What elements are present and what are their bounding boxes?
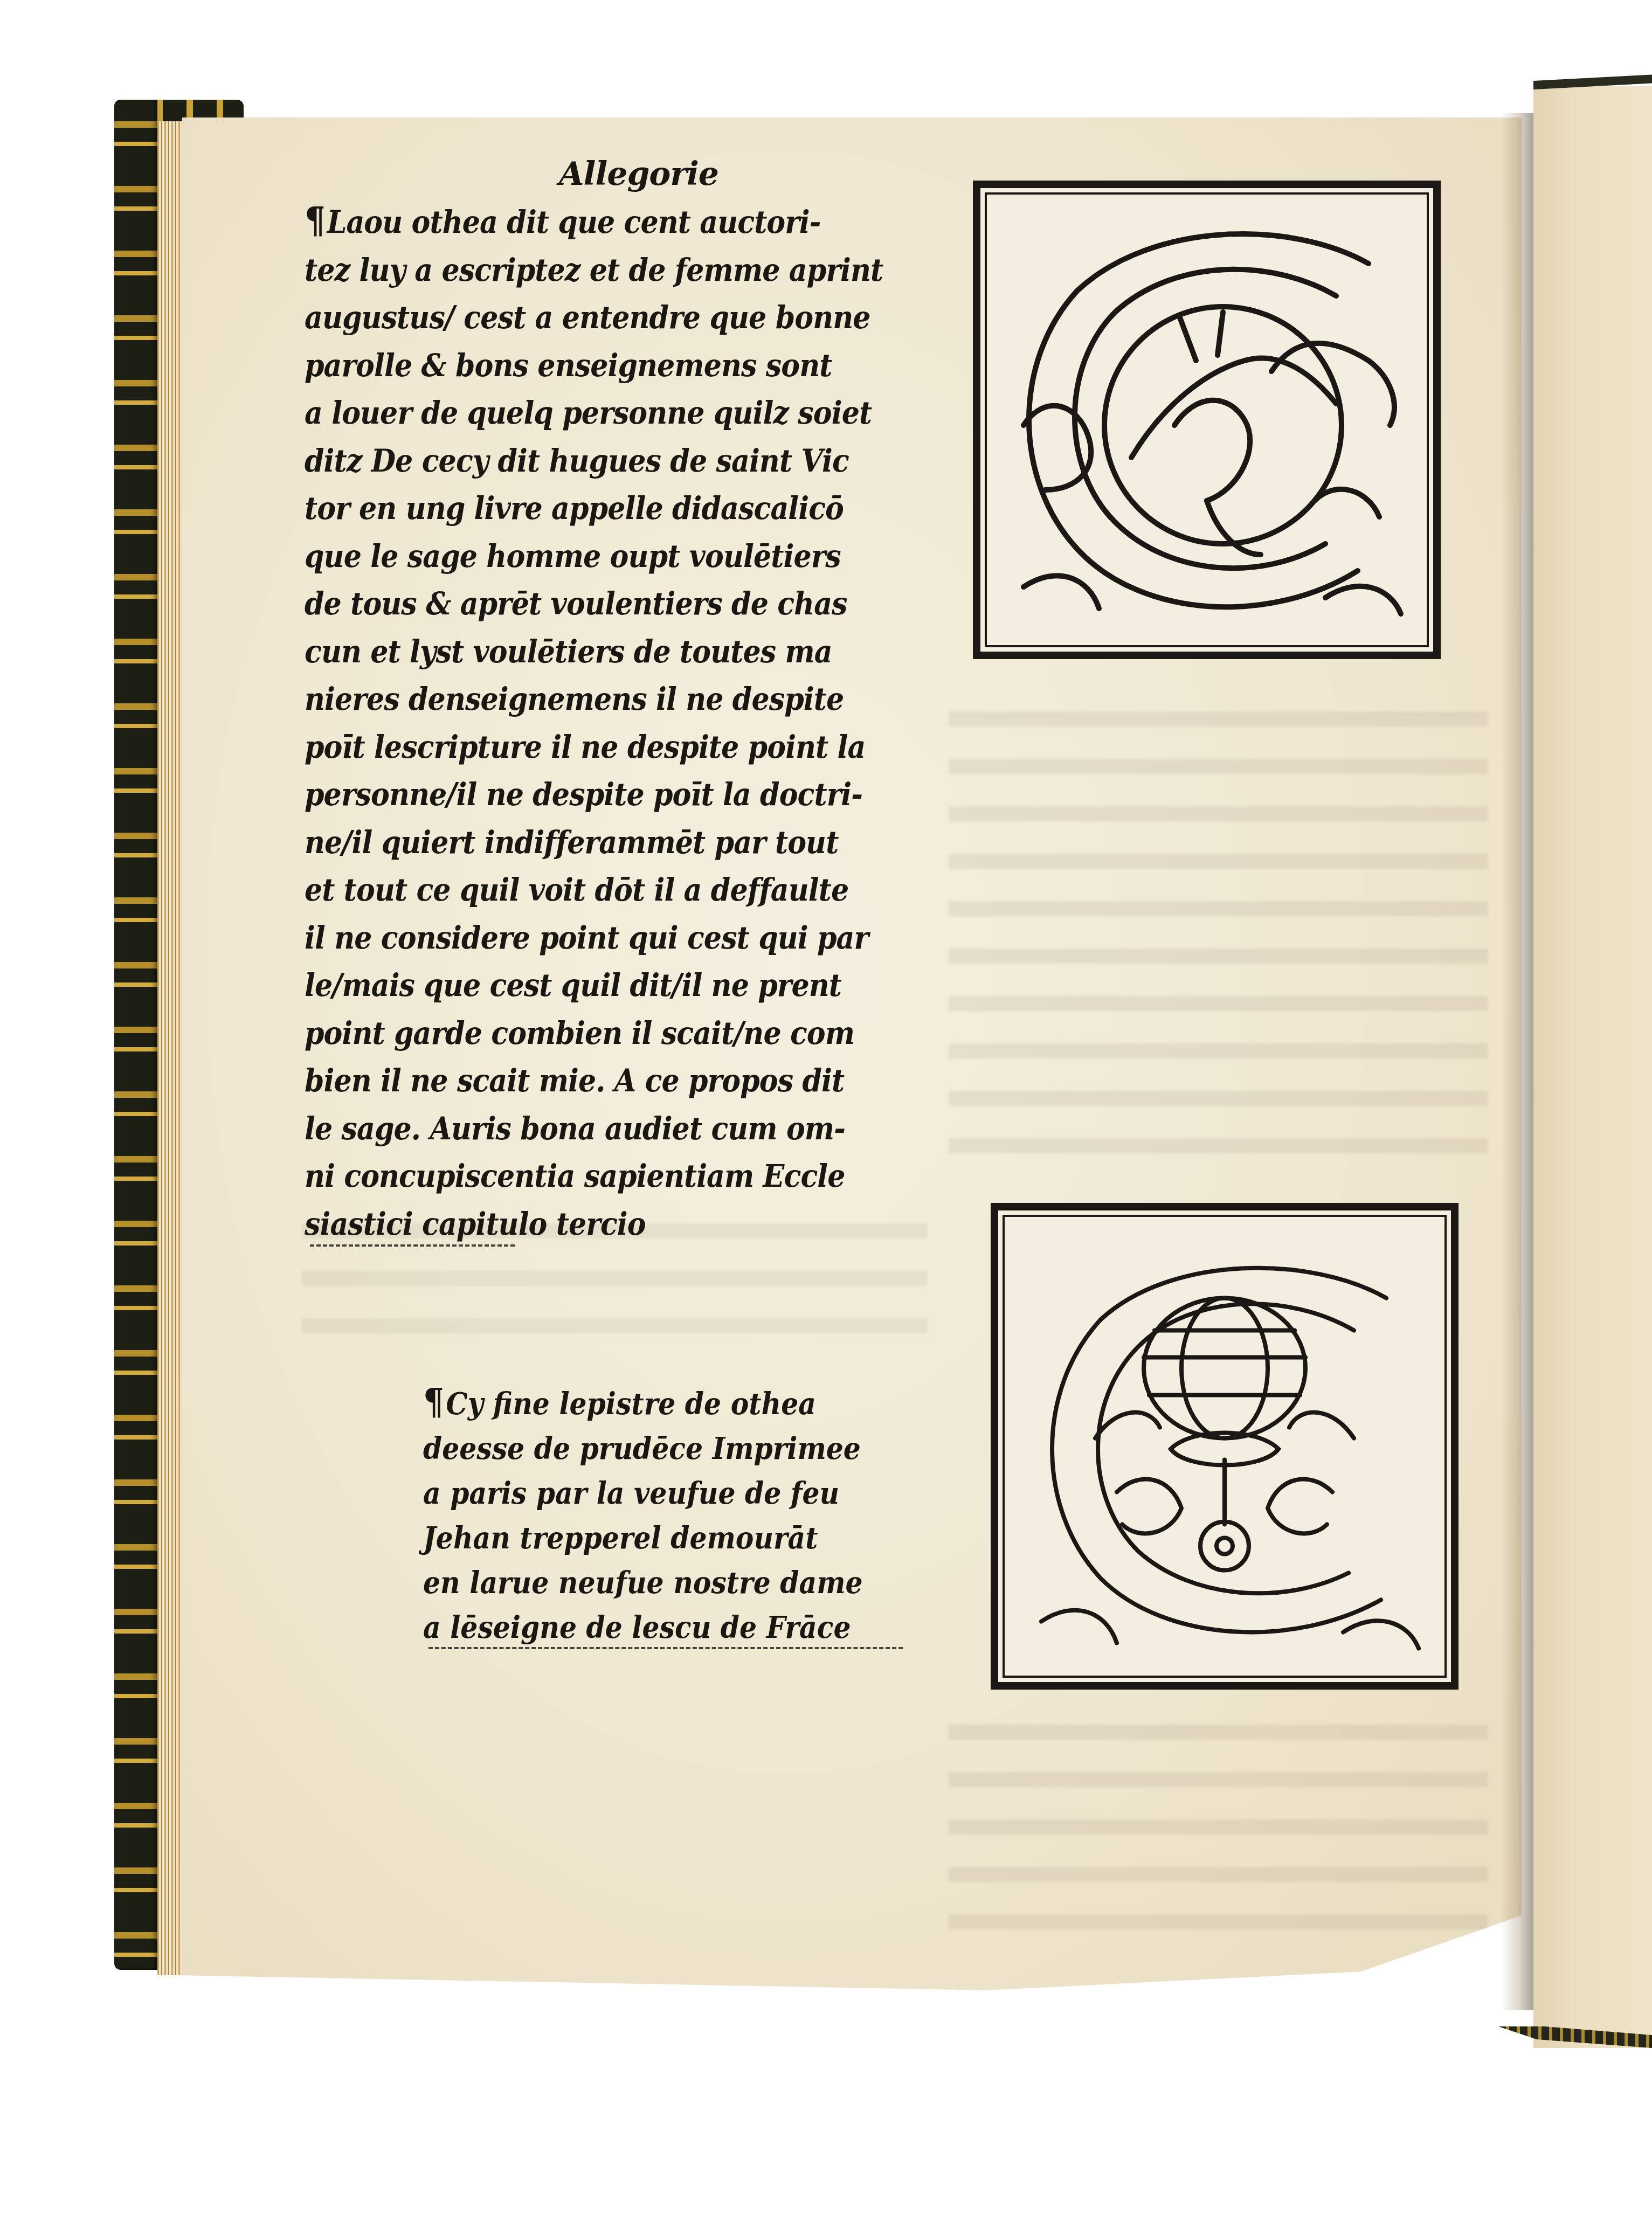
text-line: bien il ne scait mie. A ce propos dit bbox=[305, 1057, 862, 1105]
text-line: il ne considere point qui cest qui par bbox=[305, 914, 862, 962]
text-line: siastici capitulo tercio bbox=[305, 1200, 862, 1248]
pilcrow-icon: ¶ bbox=[305, 199, 325, 242]
colophon-line: a paris par la veufue de feu bbox=[423, 1471, 860, 1516]
colophon-line: en larue neufue nostre dame bbox=[423, 1561, 860, 1606]
text-line: personne/il ne despite poīt la doctri- bbox=[305, 771, 862, 819]
recto-page bbox=[1533, 86, 1652, 2048]
sphere-initial-icon bbox=[1009, 1221, 1440, 1671]
text-line: nieres denseignemens il ne despite bbox=[305, 675, 862, 723]
text-line: ditz De cecy dit hugues de saint Vic bbox=[305, 437, 862, 485]
text-line: et tout ce quil voit dōt il a deffaulte bbox=[305, 866, 862, 914]
text-line: tez luy a escriptez et de femme aprint bbox=[305, 246, 862, 294]
text-line: a louer de quelq personne quilz soiet bbox=[305, 389, 862, 437]
type-bearer-rule bbox=[310, 1244, 515, 1247]
pilcrow-icon: ¶ bbox=[423, 1380, 444, 1423]
colophon-line: ¶Cy fine lepistre de othea bbox=[423, 1380, 860, 1427]
text-line: ¶Laou othea dit que cent auctori- bbox=[305, 197, 862, 246]
text-line: augustus/ cest a entendre que bonne bbox=[305, 294, 862, 342]
gilt-binding-board bbox=[114, 100, 157, 1970]
text-line: ni concupiscentia sapientiam Eccle bbox=[305, 1152, 862, 1200]
type-bearer-rule bbox=[428, 1647, 903, 1649]
show-through-text bbox=[949, 1703, 1488, 1929]
text-line: tor en ung livre appelle didascalicō bbox=[305, 485, 862, 532]
gutter-shadow bbox=[1501, 113, 1533, 2010]
colophon: ¶Cy fine lepistre de othea deesse de pru… bbox=[423, 1380, 908, 1649]
woodcut-initial-sphere bbox=[991, 1203, 1459, 1690]
text-line: poīt lescripture il ne despite point la bbox=[305, 723, 862, 771]
text-line: le sage. Auris bona audiet cum om- bbox=[305, 1105, 862, 1153]
text-line: ne/il quiert indifferammēt par tout bbox=[305, 819, 862, 867]
dragon-initial-icon bbox=[991, 199, 1422, 641]
text-line: le/mais que cest quil dit/il ne prent bbox=[305, 961, 862, 1009]
text-line: de tous & aprēt voulentiers de chas bbox=[305, 580, 862, 628]
running-head: Allegorie bbox=[305, 154, 924, 195]
page-edges bbox=[157, 121, 182, 1975]
main-text-block: Allegorie ¶Laou othea dit que cent aucto… bbox=[305, 154, 924, 1247]
text-line: cun et lyst voulētiers de toutes ma bbox=[305, 628, 862, 676]
colophon-line: Jehan trepperel demourāt bbox=[423, 1516, 860, 1561]
woodcut-initial-dragon bbox=[973, 181, 1441, 659]
colophon-line: a lēseigne de lescu de Frāce bbox=[423, 1606, 860, 1650]
text-line: que le sage homme oupt voulētiers bbox=[305, 532, 862, 580]
text-line: parolle & bons enseignemens sont bbox=[305, 342, 862, 390]
show-through-text bbox=[949, 690, 1488, 1175]
colophon-line: deesse de prudēce Imprimee bbox=[423, 1427, 860, 1471]
text-line: point garde combien il scait/ne com bbox=[305, 1009, 862, 1057]
